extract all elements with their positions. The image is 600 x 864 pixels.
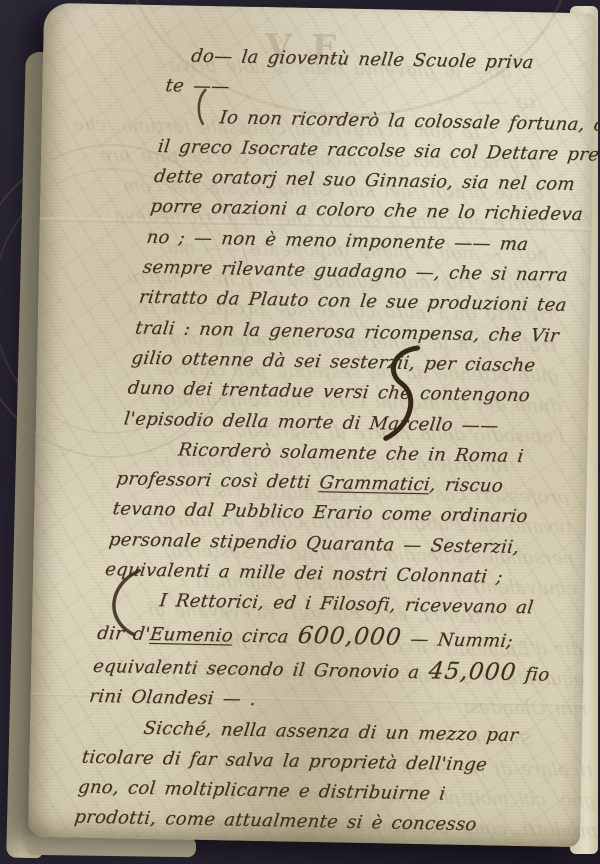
handwritten-text: do— la gioventù nelle Scuole private ——I… (72, 41, 600, 842)
manuscript-page: VE do— la gioventù nelle Scuole private … (28, 3, 596, 847)
scanner-background: VE do— la gioventù nelle Scuole private … (0, 0, 600, 864)
